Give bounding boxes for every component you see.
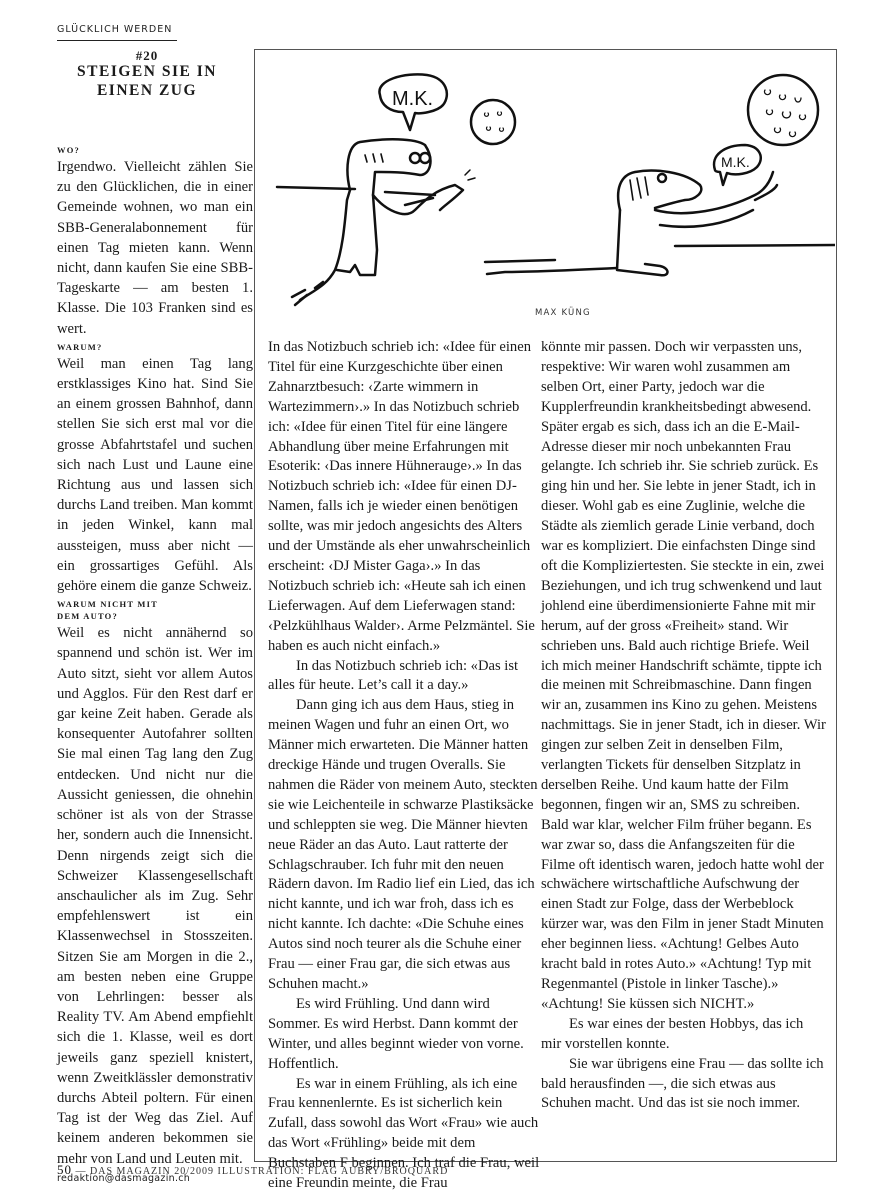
article-title: STEIGEN SIE IN EINEN ZUG xyxy=(57,62,237,100)
paragraph: In das Notizbuch schrieb ich: «Idee für … xyxy=(268,338,543,657)
illustration-credit: MAX KÜNG xyxy=(535,308,591,318)
story-column-2: könnte mir passen. Doch wir verpassten u… xyxy=(541,338,826,1114)
paragraph: Dann ging ich aus dem Haus, stieg in mei… xyxy=(268,696,543,995)
answer-why: Weil man einen Tag lang erstklassiges Ki… xyxy=(57,354,253,596)
right-creature-drawing: M.K. xyxy=(485,75,835,275)
paragraph: In das Notizbuch schrieb ich: «Das ist a… xyxy=(268,657,543,697)
question-where: WO? xyxy=(57,144,253,156)
question-why: WARUM? xyxy=(57,341,253,353)
paragraph: Es wird Frühling. Und dann wird Sommer. … xyxy=(268,995,543,1075)
title-line-2: EINEN ZUG xyxy=(57,81,237,100)
illustration: M.K. M.K. xyxy=(255,50,835,320)
paragraph: Sie war übrigens eine Frau — das sollte … xyxy=(541,1055,826,1115)
svg-text:M.K.: M.K. xyxy=(721,154,750,170)
page-footer: 50 — DAS MAGAZIN 20/2009 ILLUSTRATION: F… xyxy=(57,1162,448,1178)
sidebar: WO? Irgendwo. Vielleicht zählen Sie zu d… xyxy=(57,142,253,1184)
story-column-1: In das Notizbuch schrieb ich: «Idee für … xyxy=(268,338,543,1194)
answer-why-not-car: Weil es nicht annähernd so spannend und … xyxy=(57,623,253,1168)
svg-text:M.K.: M.K. xyxy=(392,88,433,110)
footer-credits: — DAS MAGAZIN 20/2009 ILLUSTRATION: FLAG… xyxy=(72,1166,448,1177)
page-number: 50 xyxy=(57,1162,72,1177)
paragraph: könnte mir passen. Doch wir verpassten u… xyxy=(541,338,826,1015)
section-rubric: GLÜCKLICH WERDEN xyxy=(57,24,177,41)
story-box: M.K. M.K. MAX K xyxy=(254,49,837,1162)
question-why-not-car: WARUM NICHT MIT DEM AUTO? xyxy=(57,598,167,622)
answer-where: Irgendwo. Vielleicht zählen Sie zu den G… xyxy=(57,157,253,339)
paragraph: Es war eines der besten Hobbys, das ich … xyxy=(541,1015,826,1055)
title-line-1: STEIGEN SIE IN xyxy=(57,62,237,81)
left-creature-drawing: M.K. xyxy=(277,74,515,305)
